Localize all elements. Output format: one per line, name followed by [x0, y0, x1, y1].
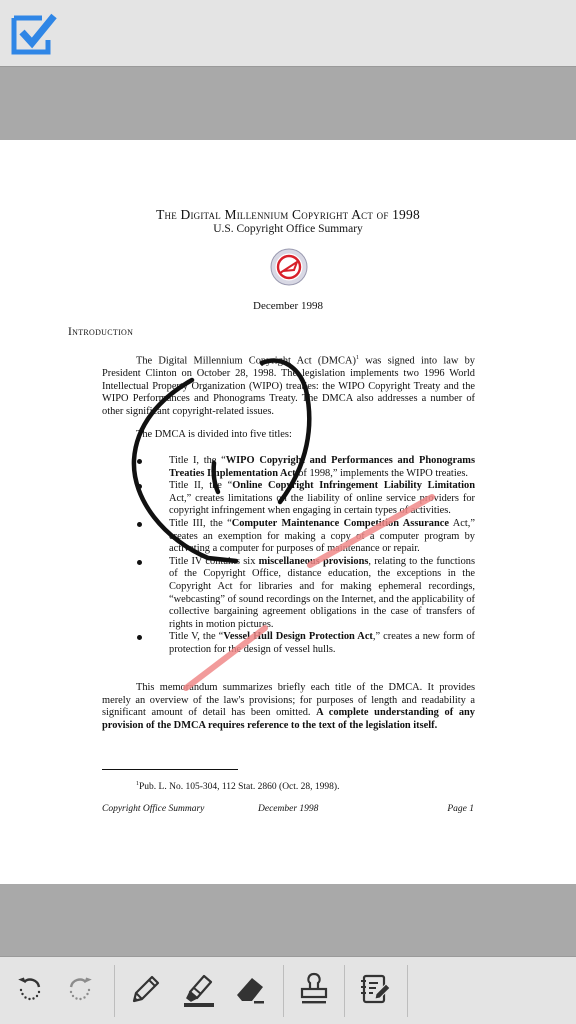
title-name: miscellaneous provisions	[259, 556, 369, 567]
title-text: Title I, the “	[169, 455, 226, 466]
bullet-dot	[137, 459, 142, 464]
title-name: Online Copyright Infringement Liability …	[232, 480, 475, 491]
list-item: Title III, the “Computer Maintenance Com…	[102, 518, 475, 556]
title-text: Title II, the “	[169, 480, 232, 491]
list-item: Title I, the “WIPO Copyright and Perform…	[102, 455, 475, 480]
footnote-divider	[102, 769, 238, 770]
checkbox-checked-icon	[10, 10, 60, 56]
bullet-dot	[137, 522, 142, 527]
done-button[interactable]	[10, 10, 60, 56]
footer-center: December 1998	[258, 804, 318, 814]
copyright-office-seal-icon	[270, 248, 308, 286]
title-text: of 1998,” implements the WIPO treaties.	[296, 468, 468, 479]
section-heading: Introduction	[68, 326, 133, 338]
title-name: Vessel Hull Design Protection Act	[223, 631, 373, 642]
list-item: Title V, the “Vessel Hull Design Protect…	[102, 631, 475, 656]
undo-icon	[15, 974, 45, 1004]
footer-page-number: Page 1	[447, 804, 474, 814]
list-item: Title IV contains six miscellaneous prov…	[102, 556, 475, 632]
title-text: Title V, the “	[169, 631, 223, 642]
pencil-icon	[128, 972, 162, 1006]
redo-button[interactable]	[58, 967, 102, 1011]
page-gap-top	[0, 68, 576, 140]
closing-paragraph: This memorandum summarizes briefly each …	[102, 682, 475, 732]
toolbar-divider	[344, 965, 345, 1017]
footnote-text: Pub. L. No. 105-304, 112 Stat. 2860 (Oct…	[139, 782, 339, 792]
redo-icon	[65, 974, 95, 1004]
intro-text-1: The Digital Millennium Copyright Act (DM…	[136, 355, 356, 366]
highlighter-icon	[180, 970, 216, 1008]
eraser-icon	[232, 971, 268, 1007]
intro-paragraph: The Digital Millennium Copyright Act (DM…	[102, 352, 475, 418]
undo-button[interactable]	[8, 967, 52, 1011]
notes-edit-icon	[357, 971, 393, 1007]
annotation-toolbar	[0, 956, 576, 1024]
list-item: Title II, the “Online Copyright Infringe…	[102, 480, 475, 518]
stamp-icon	[297, 971, 331, 1007]
top-bar	[0, 0, 576, 67]
toolbar-divider	[283, 965, 284, 1017]
highlighter-tool-button[interactable]	[176, 967, 220, 1011]
page-gap-bottom	[0, 884, 576, 956]
bullet-dot	[137, 635, 142, 640]
toolbar-divider	[407, 965, 408, 1017]
titles-list: Title I, the “WIPO Copyright and Perform…	[102, 455, 475, 657]
document-title: The Digital Millennium Copyright Act of …	[0, 207, 576, 223]
stamp-tool-button[interactable]	[292, 967, 336, 1011]
title-text: Act,” creates limitations on the liabili…	[169, 493, 475, 517]
eraser-tool-button[interactable]	[228, 967, 272, 1011]
title-text: Title III, the “	[169, 518, 232, 529]
footnote: 1Pub. L. No. 105-304, 112 Stat. 2860 (Oc…	[136, 781, 339, 792]
document-page[interactable]: The Digital Millennium Copyright Act of …	[0, 140, 576, 884]
footer-left: Copyright Office Summary	[102, 804, 204, 814]
title-text: Title IV contains six	[169, 556, 259, 567]
document-subtitle: U.S. Copyright Office Summary	[0, 223, 576, 235]
pen-tool-button[interactable]	[123, 967, 167, 1011]
titles-intro: The DMCA is divided into five titles:	[136, 429, 436, 442]
document-date: December 1998	[0, 300, 576, 312]
bullet-dot	[137, 560, 142, 565]
bullet-dot	[137, 484, 142, 489]
title-name: Computer Maintenance Competition Assuran…	[232, 518, 449, 529]
toolbar-divider	[114, 965, 115, 1017]
signature-tool-button[interactable]	[353, 967, 397, 1011]
